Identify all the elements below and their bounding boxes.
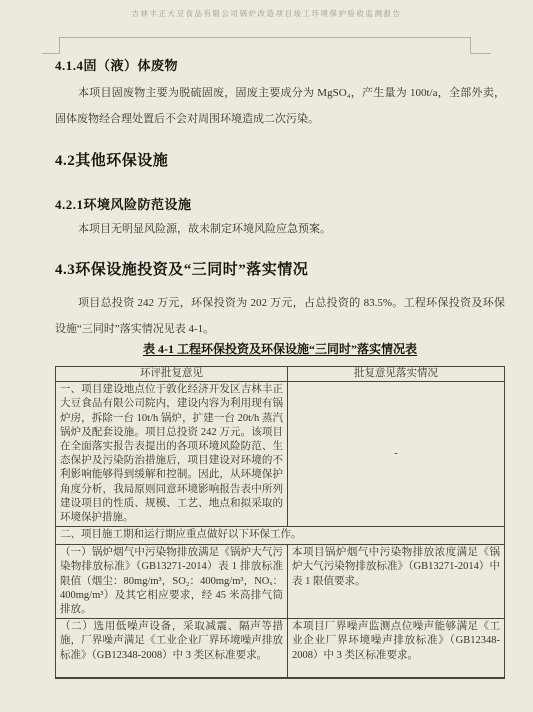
table-row: （一）锅炉烟气中污染物排放满足《锅炉大气污染物排放标准》（GB13271-201… xyxy=(56,545,505,619)
paragraph-investment: 项目总投资 242 万元，环保投资为 202 万元，占总投资的 83.5%。工程… xyxy=(55,290,505,342)
column-header-implementation: 批复意见落实情况 xyxy=(288,367,505,382)
table-4-1-wrapper: 环评批复意见 批复意见落实情况 一、项目建设地点位于敦化经济开发区吉林丰正大豆食… xyxy=(55,366,505,679)
table-row: 一、项目建设地点位于敦化经济开发区吉林丰正大豆食品有限公司院内，建设内容为利用现… xyxy=(56,382,505,527)
cell-implementation-noise: 本项目厂界噪声监测点位噪声能够满足《工业企业厂界环境噪声排放标准》（GB1234… xyxy=(288,619,505,679)
cell-implementation-1: - xyxy=(288,382,505,527)
cell-section-two-note: 二、项目施工期和运行期应重点做好以下环保工作。 xyxy=(56,527,505,545)
table-row: （二）选用低噪声设备，采取减震、隔声等措施，厂界噪声满足《工业企业厂界环境噪声排… xyxy=(56,619,505,679)
text-boundary-mark xyxy=(470,37,471,54)
text-boundary-mark xyxy=(59,37,471,38)
paragraph-risk-prevention: 本项目无明显风险源，故未制定环境风险应急预案。 xyxy=(55,216,505,242)
cell-approval-opinion-1: 一、项目建设地点位于敦化经济开发区吉林丰正大豆食品有限公司院内，建设内容为利用现… xyxy=(56,382,288,527)
text-boundary-mark xyxy=(59,37,60,54)
document-page: 吉林丰正大豆食品有限公司锅炉改造项目竣工环境保护验收监测报告 4.1.4固（液）… xyxy=(0,0,533,712)
heading-4-2-other-facilities: 4.2其他环保设施 xyxy=(55,149,168,170)
paragraph-solid-waste: 本项目固废物主要为脱硫固废，固废主要成分为 MgSO₄，产生量为 100t/a，… xyxy=(55,80,505,132)
heading-4-2-1-risk-prevention: 4.2.1环境风险防范设施 xyxy=(55,194,192,213)
text-boundary-mark xyxy=(470,53,491,54)
cell-approval-opinion-flue-gas: （一）锅炉烟气中污染物排放满足《锅炉大气污染物排放标准》（GB13271-201… xyxy=(56,545,288,619)
heading-4-3-investment: 4.3环保设施投资及“三同时”落实情况 xyxy=(55,258,308,279)
running-header: 吉林丰正大豆食品有限公司锅炉改造项目竣工环境保护验收监测报告 xyxy=(0,8,533,19)
column-header-eia-approval: 环评批复意见 xyxy=(56,367,288,382)
heading-4-1-4-solid-waste: 4.1.4固（液）体废物 xyxy=(55,55,178,74)
table-header-row: 环评批复意见 批复意见落实情况 xyxy=(56,367,505,382)
cell-implementation-flue-gas: 本项目锅炉烟气中污染物排放浓度满足《锅炉大气污染物排放标准》（GB13271-2… xyxy=(288,545,505,619)
table-4-1: 环评批复意见 批复意见落实情况 一、项目建设地点位于敦化经济开发区吉林丰正大豆食… xyxy=(55,366,505,679)
text-boundary-mark xyxy=(42,53,60,54)
cell-approval-opinion-noise: （二）选用低噪声设备，采取减震、隔声等措施，厂界噪声满足《工业企业厂界环境噪声排… xyxy=(56,619,288,679)
table-caption: 表 4-1 工程环保投资及环保设施“三同时”落实情况表 xyxy=(55,340,505,357)
table-row: 二、项目施工期和运行期应重点做好以下环保工作。 xyxy=(56,527,505,545)
